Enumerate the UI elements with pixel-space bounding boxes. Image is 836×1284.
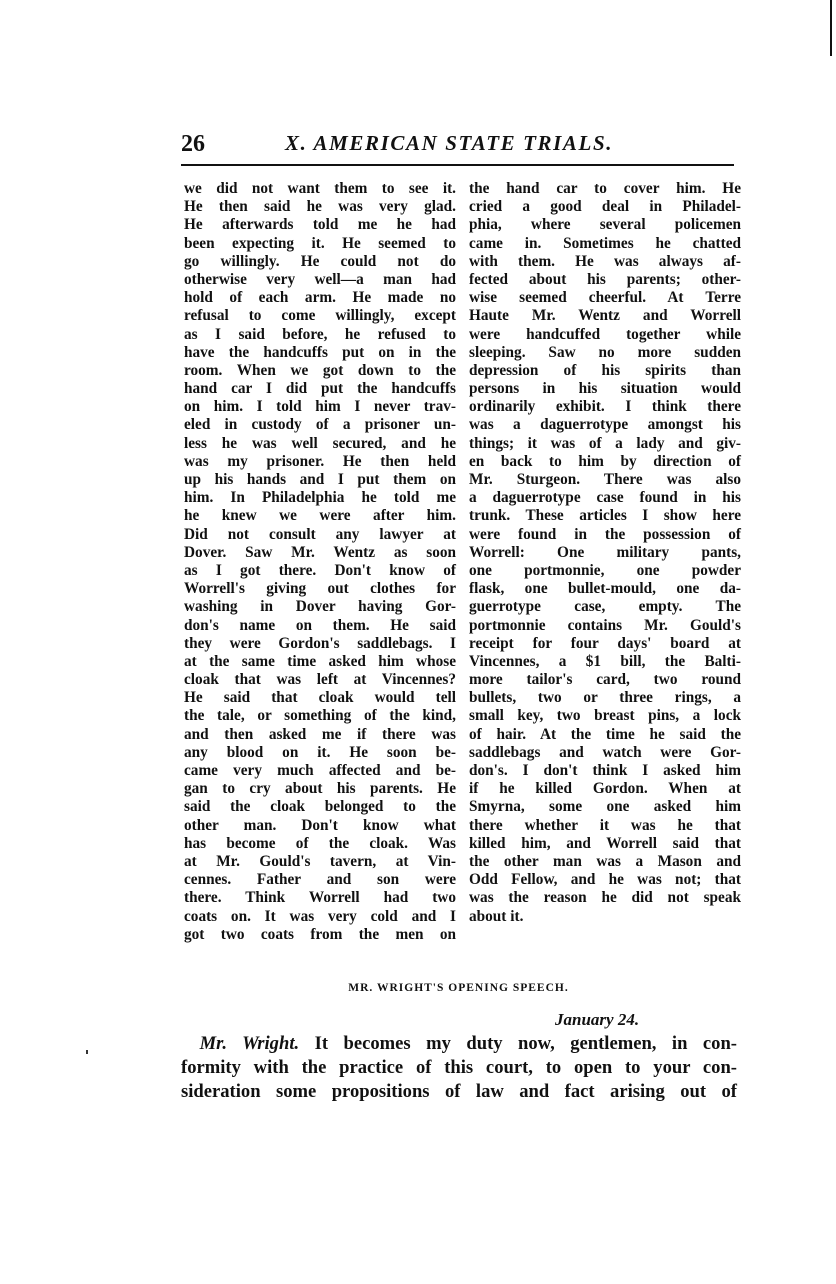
- running-title: X. AMERICAN STATE TRIALS.: [285, 131, 613, 156]
- text-line: there. Think Worrell had two: [184, 889, 456, 907]
- text-line: of hair. At the time he said the: [469, 726, 741, 744]
- text-line: He then said he was very glad.: [184, 198, 456, 216]
- text-line: more tailor's card, two round: [469, 671, 741, 689]
- text-line: less he was well secured, and he: [184, 435, 456, 453]
- text-line: Vincennes, a $1 bill, the Balti-: [469, 653, 741, 671]
- text-line: coats on. It was very cold and I: [184, 908, 456, 926]
- text-line: was the reason he did not speak: [469, 889, 741, 907]
- text-line: He afterwards told me he had: [184, 216, 456, 234]
- text-line: has become of the cloak. Was: [184, 835, 456, 853]
- text-line: one portmonnie, one powder: [469, 562, 741, 580]
- text-line: flask, one bullet-mould, one da-: [469, 580, 741, 598]
- text-line: if he killed Gordon. When at: [469, 780, 741, 798]
- text-line: Mr. Sturgeon. There was also: [469, 471, 741, 489]
- text-line: said the cloak belonged to the: [184, 798, 456, 816]
- text-line: fected about his parents; other-: [469, 271, 741, 289]
- dateline: January 24.: [555, 1010, 639, 1030]
- text-line: Haute Mr. Wentz and Worrell: [469, 307, 741, 325]
- text-line: small key, two breast pins, a lock: [469, 707, 741, 725]
- text-line: depression of his spirits than: [469, 362, 741, 380]
- text-line: refusal to come willingly, except: [184, 307, 456, 325]
- text-line: washing in Dover having Gor-: [184, 598, 456, 616]
- text-line: were found in the possession of: [469, 526, 741, 544]
- scan-speck: [86, 1050, 88, 1054]
- text-line: at Mr. Gould's tavern, at Vin-: [184, 853, 456, 871]
- text-line: as I said before, he refused to: [184, 326, 456, 344]
- text-line: up his hands and I put them on: [184, 471, 456, 489]
- text-line: we did not want them to see it.: [184, 180, 456, 198]
- text-line: sleeping. Saw no more sudden: [469, 344, 741, 362]
- text-line: cloak that was left at Vincennes?: [184, 671, 456, 689]
- text-line: were handcuffed together while: [469, 326, 741, 344]
- text-line: as I got there. Don't know of: [184, 562, 456, 580]
- text-line: came very much affected and be-: [184, 762, 456, 780]
- text-line: there whether it was he that: [469, 817, 741, 835]
- text-line: receipt for four days' board at: [469, 635, 741, 653]
- text-line: guerrotype case, empty. The: [469, 598, 741, 616]
- opening-speech-paragraph: Mr. Wright. It becomes my duty now, gent…: [181, 1032, 737, 1104]
- text-line: about it.: [469, 908, 741, 926]
- text-line: otherwise very well—a man had: [184, 271, 456, 289]
- text-line: wise seemed cheerful. At Terre: [469, 289, 741, 307]
- page-header: 26 X. AMERICAN STATE TRIALS.: [181, 128, 736, 162]
- text-line: ordinarily exhibit. I think there: [469, 398, 741, 416]
- text-line: things; it was of a lady and giv-: [469, 435, 741, 453]
- text-line: have the handcuffs put on in the: [184, 344, 456, 362]
- text-line: phia, where several policemen: [469, 216, 741, 234]
- paragraph-line: formity with the practice of this court,…: [181, 1056, 737, 1080]
- text-line: was my prisoner. He then held: [184, 453, 456, 471]
- text-line: gan to cry about his parents. He: [184, 780, 456, 798]
- text-line: the tale, or something of the kind,: [184, 707, 456, 725]
- text-line: came in. Sometimes he chatted: [469, 235, 741, 253]
- text-line: him. In Philadelphia he told me: [184, 489, 456, 507]
- header-rule: [181, 164, 734, 166]
- text-line: bullets, two or three rings, a: [469, 689, 741, 707]
- text-line: with them. He was always af-: [469, 253, 741, 271]
- text-line: persons in his situation would: [469, 380, 741, 398]
- text-line: Odd Fellow, and he was not; that: [469, 871, 741, 889]
- text-line: trunk. These articles I show here: [469, 507, 741, 525]
- text-line: a daguerrotype case found in his: [469, 489, 741, 507]
- text-line: He said that cloak would tell: [184, 689, 456, 707]
- text-line: the other man was a Mason and: [469, 853, 741, 871]
- text-line: Worrell: One military pants,: [469, 544, 741, 562]
- text-line: killed him, and Worrell said that: [469, 835, 741, 853]
- scan-edge-mark: [830, 0, 832, 56]
- text-line: cried a good deal in Philadel-: [469, 198, 741, 216]
- paragraph-line: sideration some propositions of law and …: [181, 1080, 737, 1104]
- text-line: eled in custody of a prisoner un-: [184, 416, 456, 434]
- text-line: got two coats from the men on: [184, 926, 456, 944]
- text-line: don's name on them. He said: [184, 617, 456, 635]
- paragraph-text: It becomes my duty now, gentlemen, in co…: [299, 1033, 737, 1054]
- text-line: saddlebags and watch were Gor-: [469, 744, 741, 762]
- text-line: hold of each arm. He made no: [184, 289, 456, 307]
- text-line: en back to him by direction of: [469, 453, 741, 471]
- text-line: they were Gordon's saddlebags. I: [184, 635, 456, 653]
- text-line: portmonnie contains Mr. Gould's: [469, 617, 741, 635]
- text-line: go willingly. He could not do: [184, 253, 456, 271]
- page-number: 26: [181, 131, 205, 158]
- text-line: and then asked me if there was: [184, 726, 456, 744]
- text-line: Worrell's giving out clothes for: [184, 580, 456, 598]
- section-heading: MR. WRIGHT'S OPENING SPEECH.: [181, 982, 736, 994]
- speaker-name: Mr. Wright.: [200, 1033, 300, 1054]
- text-line: Did not consult any lawyer at: [184, 526, 456, 544]
- text-line: any blood on it. He soon be-: [184, 744, 456, 762]
- text-line: room. When we got down to the: [184, 362, 456, 380]
- text-line: don's. I don't think I asked him: [469, 762, 741, 780]
- text-line: was a daguerrotype amongst his: [469, 416, 741, 434]
- text-line: cennes. Father and son were: [184, 871, 456, 889]
- text-line: at the same time asked him whose: [184, 653, 456, 671]
- left-column: we did not want them to see it.He then s…: [184, 180, 456, 944]
- paragraph-line: Mr. Wright. It becomes my duty now, gent…: [181, 1032, 737, 1056]
- text-line: Smyrna, some one asked him: [469, 798, 741, 816]
- text-line: the hand car to cover him. He: [469, 180, 741, 198]
- text-line: been expecting it. He seemed to: [184, 235, 456, 253]
- text-line: on him. I told him I never trav-: [184, 398, 456, 416]
- text-line: hand car I did put the handcuffs: [184, 380, 456, 398]
- text-line: he knew we were after him.: [184, 507, 456, 525]
- text-line: other man. Don't know what: [184, 817, 456, 835]
- right-column: the hand car to cover him. Hecried a goo…: [469, 180, 741, 926]
- text-line: Dover. Saw Mr. Wentz as soon: [184, 544, 456, 562]
